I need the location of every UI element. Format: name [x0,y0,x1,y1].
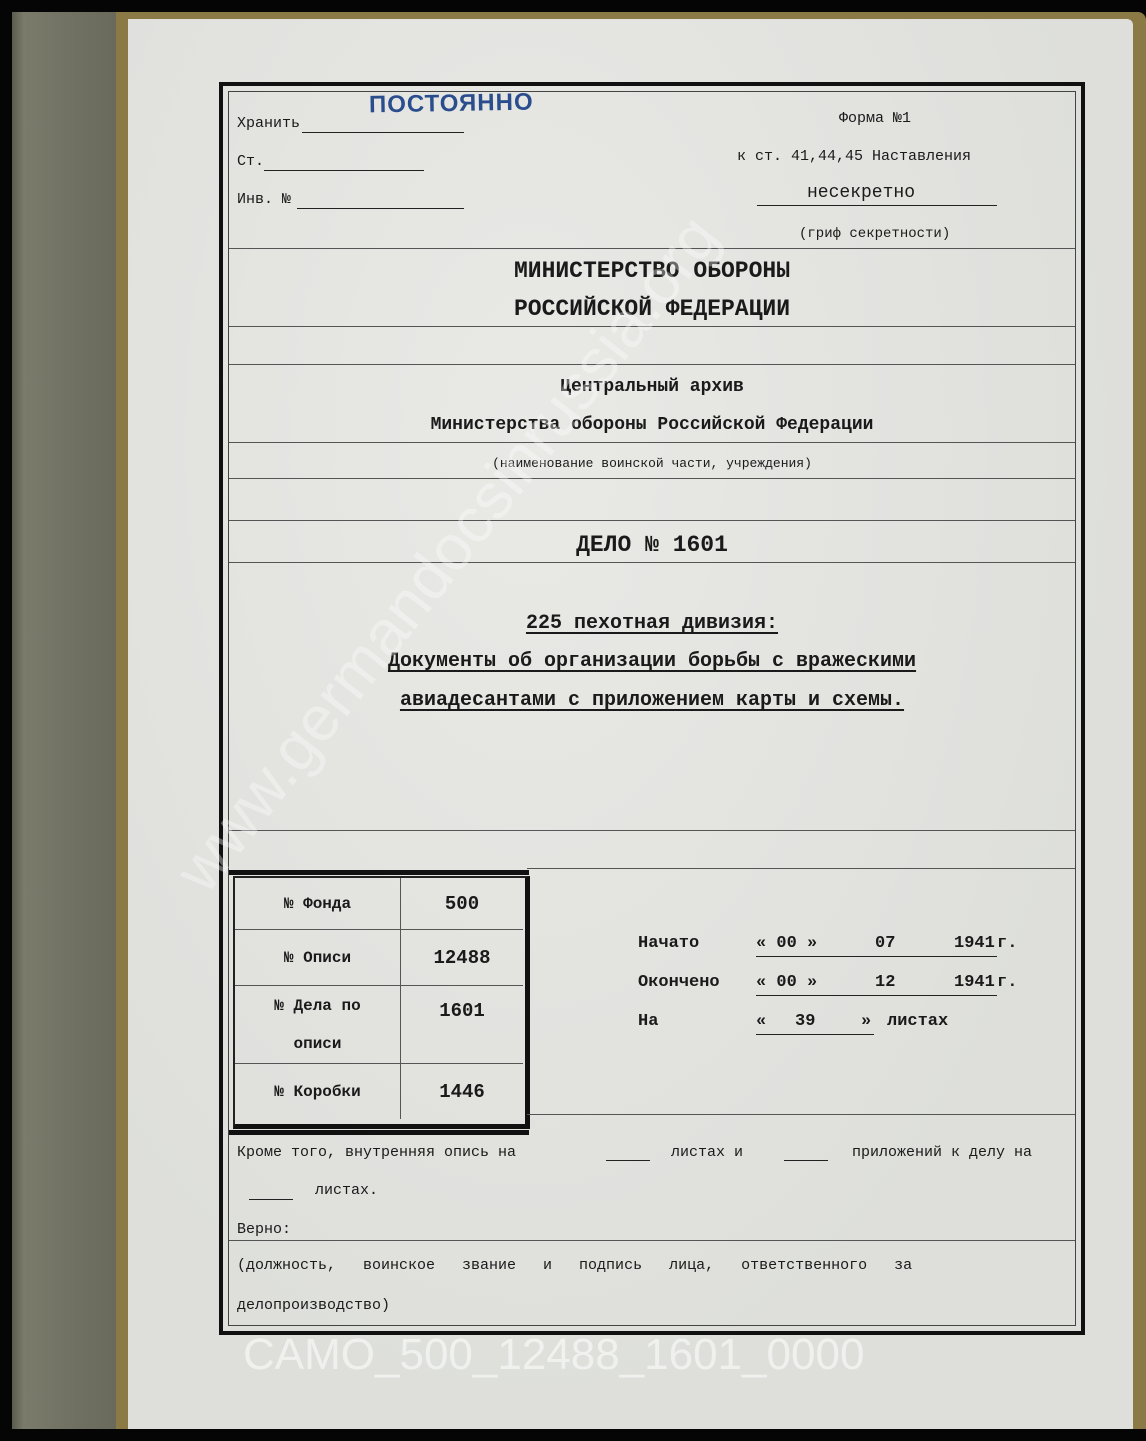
archive-line2: Министерства обороны Российской Федераци… [229,415,1075,435]
ended-underline [756,995,997,996]
case-subject-line3: авиадесантами с приложением карты и схем… [229,689,1075,712]
started-month: 07 [875,934,895,953]
certified-label: Верно: [237,1221,291,1238]
divider [229,326,1075,327]
table-label-box: № Коробки [235,1064,401,1119]
ended-year-suffix: г. [997,973,1017,992]
divider [229,1240,1075,1241]
divider [229,562,1075,563]
divider [229,364,1075,365]
started-year-suffix: г. [997,934,1017,953]
ended-day: « 00 » [756,973,817,992]
divider [527,868,1075,869]
classification-value: несекретно [807,183,915,203]
sheets-open-quote: « [756,1012,766,1031]
started-year: 1941 [954,934,995,953]
ended-label: Окончено [638,973,720,992]
table-label-delo: № Дела по описи [235,986,401,1064]
attachments-blank [784,1160,828,1161]
ministry-line2: РОССИЙСКОЙ ФЕДЕРАЦИИ [229,296,1075,322]
case-title: ДЕЛО № 1601 [229,532,1075,558]
form-reference: к ст. 41,44,45 Наставления [737,148,971,165]
classification-underline [757,205,997,206]
table-bottom-border [229,1130,529,1135]
divider [229,478,1075,479]
started-underline [756,956,997,957]
sheets-underline [756,1034,874,1035]
inventory-underline [297,208,464,209]
table-label-opis: № Описи [235,930,401,986]
ministry-line1: МИНИСТЕРСТВО ОБОРОНЫ [229,258,1075,284]
table-value-fond: 500 [401,878,523,930]
divider [527,1114,1075,1115]
ended-year: 1941 [954,973,995,992]
sheets-suffix: листах [887,1012,948,1031]
ended-month: 12 [875,973,895,992]
extra-inventory-text-c: приложений к делу на [852,1144,1032,1161]
sheets-close-quote: » [861,1012,871,1031]
sheets-label: На [638,1012,658,1031]
keep-label: Хранить [237,115,300,132]
started-day: « 00 » [756,934,817,953]
form-inner: Хранить ПОСТОЯННО Ст. Инв. № Форма №1 к … [228,91,1076,1326]
case-subject-line2: Документы об организации борьбы с вражес… [229,650,1075,673]
signature-caption-line1: (должность, воинское звание и подпись ли… [237,1257,912,1274]
divider [229,248,1075,249]
sheets-count: 39 [795,1012,815,1031]
inventory-label: Инв. № [237,191,291,208]
signature-caption-line2: делопроизводство) [237,1297,390,1314]
extra-inventory-text-a: Кроме того, внутренняя опись на [237,1144,516,1161]
archive-caption: (наименование воинской части, учреждения… [229,456,1075,471]
attachments-sheets-blank [249,1199,293,1200]
permanent-stamp: ПОСТОЯННО [369,89,534,120]
extra-inventory-text-b: листах и [671,1144,743,1161]
table-value-box: 1446 [401,1064,523,1119]
table-value-opis: 12488 [401,930,523,986]
table-top-border [229,870,529,875]
table-label-fond: № Фонда [235,878,401,930]
classification-caption: (гриф секретности) [799,226,950,242]
archive-line1: Центральный архив [229,377,1075,397]
registry-table: № Фонда 500 № Описи 12488 № Дела по опис… [233,876,530,1129]
form-frame: Хранить ПОСТОЯННО Ст. Инв. № Форма №1 к … [219,82,1085,1335]
started-label: Начато [638,934,699,953]
divider [229,830,1075,831]
table-value-delo: 1601 [401,986,523,1064]
file-id-watermark: CAMO_500_12488_1601_0000 [243,1330,864,1380]
divider [229,442,1075,443]
divider [229,520,1075,521]
article-underline [264,170,424,171]
extra-inventory-line2: листах. [315,1182,378,1199]
keep-underline [302,132,464,133]
form-number: Форма №1 [839,110,911,127]
case-subject-line1: 225 пехотная дивизия: [229,612,1075,635]
article-label: Ст. [237,153,264,170]
binder-spine [12,12,130,1429]
extra-inventory-blank [606,1160,650,1161]
